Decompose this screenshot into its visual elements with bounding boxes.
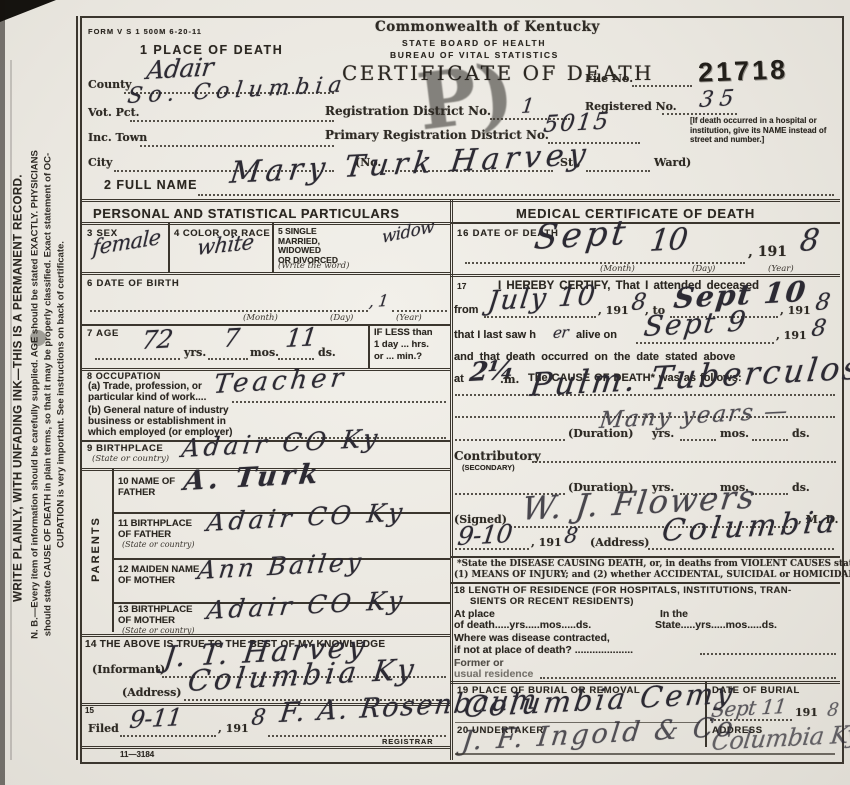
duration2-ds-label: ds.	[792, 481, 810, 494]
if-less-line2: 1 day ... hrs.	[374, 339, 433, 351]
age-label: 7 AGE	[87, 328, 119, 339]
dod-year-note: (Year)	[768, 264, 794, 274]
mbp-label-line2: OF MOTHER	[118, 616, 192, 627]
cell-divider	[368, 324, 370, 368]
filed-year-value: 8	[250, 705, 267, 731]
saw-year-pre: , 191	[776, 329, 807, 342]
sign-address-label: (Address)	[590, 536, 650, 549]
rule	[455, 753, 835, 755]
dotted-line	[532, 460, 836, 463]
rule	[450, 222, 840, 224]
inc-town-label: Inc. Town	[88, 131, 147, 144]
of-death-line: of death.....yrs.....mos.....ds.	[454, 619, 591, 631]
item-15: 15	[85, 706, 94, 715]
occupation-label: 8 OCCUPATION	[87, 371, 161, 381]
burial-year-pre: 191	[795, 706, 818, 719]
scan-edge-artifact	[0, 0, 5, 785]
margin-nb-line2: should state CAUSE OF DEATH in plain ter…	[42, 50, 55, 740]
rule	[80, 746, 450, 749]
reg-district-label: Registration District No.	[325, 104, 491, 118]
mother-label-line1: 12 MAIDEN NAME	[118, 564, 199, 575]
rule	[450, 582, 840, 584]
form-border-inner	[76, 16, 78, 760]
duration-label: (Duration)	[568, 427, 633, 440]
cell-divider	[272, 222, 274, 272]
father-birthplace-note: (State or country)	[122, 540, 195, 549]
filed-label: Filed	[88, 722, 119, 735]
dod-day-note: (Day)	[692, 264, 715, 274]
dotted-line	[455, 438, 565, 441]
parents-label: PARENTS	[90, 509, 102, 589]
dotted-line	[752, 492, 788, 495]
dob-label: 6 DATE OF BIRTH	[87, 278, 180, 289]
at-label: at	[454, 373, 464, 385]
mbp-label-line1: 13 BIRTHPLACE	[118, 605, 192, 616]
dotted-line	[208, 357, 248, 360]
dotted-line	[90, 309, 368, 312]
to-year-pre: , 191	[780, 304, 811, 317]
dotted-line	[648, 547, 834, 550]
dotted-line	[484, 315, 596, 318]
rule	[80, 324, 450, 326]
marital-note: (Write the word)	[278, 261, 349, 271]
father-name-label: 10 NAME OF FATHER	[118, 476, 175, 498]
rule	[80, 199, 840, 202]
saw-fill-value: er	[552, 323, 569, 342]
mother-name-label: 12 MAIDEN NAME OF MOTHER	[118, 564, 199, 586]
mother-birthplace-label: 13 BIRTHPLACE OF MOTHER	[118, 605, 192, 626]
dotted-line	[586, 169, 650, 172]
alive-on-label: alive on	[576, 329, 617, 341]
full-name-label: 2 FULL NAME	[104, 178, 197, 192]
dod-month-note: (Month)	[600, 264, 635, 274]
footnote-line1: *State the DISEASE CAUSING DEATH, or, in…	[457, 559, 850, 569]
state-line: State.....yrs.....mos.....ds.	[655, 619, 777, 631]
plate-number: 11—3184	[120, 750, 154, 759]
footnote-line2: (1) MEANS OF INJURY; and (2) whether ACC…	[454, 570, 850, 580]
occupation-a-line1: (a) Trade, profession, or	[88, 381, 202, 392]
dotted-line	[95, 357, 180, 360]
dotted-line	[680, 438, 716, 441]
form-number: FORM V S 1 500M 6-20-11	[88, 27, 202, 36]
mother-label-line2: OF MOTHER	[118, 575, 199, 586]
dob-month-note: (Month)	[243, 313, 278, 323]
cell-divider	[168, 222, 170, 272]
saw-date-value: Sept 9	[642, 304, 750, 343]
rule	[80, 272, 450, 275]
dob-fill: , 1	[368, 291, 389, 311]
ward-label: Ward)	[654, 156, 691, 169]
from-date-value: July 10	[486, 280, 599, 317]
margin-nb-line1: N. B.—Every item of information should b…	[29, 50, 42, 740]
dod-month-value: Sept	[532, 213, 632, 258]
dotted-line	[392, 309, 447, 312]
file-no-value: 21718	[697, 54, 788, 88]
scan-corner-artifact	[0, 0, 56, 22]
dod-year-value: 8	[798, 223, 821, 259]
personal-section-title: PERSONAL AND STATISTICAL PARTICULARS	[93, 206, 400, 221]
registrar-label: REGISTRAR	[382, 737, 433, 746]
dob-day-note: (Day)	[330, 313, 353, 323]
duration-ds-label: ds.	[792, 427, 810, 440]
dotted-line	[632, 84, 692, 87]
mos-label: mos.	[250, 346, 279, 359]
informant-label: (Informant)	[92, 663, 165, 676]
father-birthplace-label: 11 BIRTHPLACE OF FATHER	[118, 518, 192, 540]
secondary-label: (SECONDARY)	[462, 463, 515, 472]
rule	[450, 556, 840, 558]
father-label-line1: 10 NAME OF	[118, 476, 175, 487]
primary-reg-value: 5015	[542, 108, 612, 138]
dotted-line	[130, 119, 334, 122]
dotted-line	[700, 652, 836, 655]
age-days: 11	[284, 322, 318, 353]
dotted-line	[278, 357, 314, 360]
age-years: 72	[140, 324, 174, 355]
from-label: from	[454, 304, 478, 316]
if-less-line1: IF LESS than	[374, 327, 433, 339]
city-label: City	[88, 156, 112, 169]
yrs-label: yrs.	[184, 346, 206, 359]
informant-address-label: (Address)	[122, 686, 182, 699]
dob-year-note: (Year)	[396, 313, 422, 323]
dod-day-value: 10	[648, 222, 689, 259]
dotted-line	[752, 438, 788, 441]
if-less-line3: or ... min.?	[374, 351, 433, 363]
dotted-line	[120, 734, 216, 737]
fbp-label-line1: 11 BIRTHPLACE	[118, 518, 192, 529]
occupation-b-line1: (b) General nature of industry	[88, 405, 229, 416]
county-label: County	[88, 78, 132, 91]
father-label-line2: FATHER	[118, 487, 175, 498]
from-year-pre: , 191	[598, 304, 629, 317]
saw-label: that I last saw h	[454, 329, 536, 341]
residence-label-line2: SIENTS OR RECENT RESIDENTS)	[470, 596, 634, 607]
sign-year-pre: , 191	[531, 536, 562, 549]
column-divider	[450, 199, 453, 760]
commonwealth-title: Commonwealth of Kentucky	[375, 19, 600, 35]
contracted-line2: if not at place of death? ..............…	[454, 644, 633, 656]
residence-label-line1: 18 LENGTH OF RESIDENCE (FOR HOSPITALS, I…	[454, 585, 792, 596]
ds-label: ds.	[318, 346, 336, 359]
if-less-label: IF LESS than 1 day ... hrs. or ... min.?	[374, 327, 433, 363]
fbp-label-line2: OF FATHER	[118, 529, 192, 540]
margin-note-bold: WRITE PLAINLY, WITH UNFADING INK—THIS IS…	[13, 16, 25, 761]
hospital-note: [If death occurred in a hospital or inst…	[690, 116, 838, 145]
birthplace-label: 9 BIRTHPLACE	[87, 443, 163, 454]
dotted-line	[140, 144, 334, 147]
marital-label: 5 SINGLE MARRIED, WIDOWED OR DIVORCED	[278, 227, 338, 265]
occupation-a-line2: particular kind of work....	[88, 392, 206, 403]
registered-no-value: 3 5	[698, 86, 735, 113]
birthplace-note: (State or country)	[92, 454, 169, 464]
dod-year-pre: , 191	[748, 244, 787, 260]
filed-date-value: 9-11	[128, 703, 183, 734]
duration-mos-label: mos.	[720, 427, 749, 440]
filed-year-pre: , 191	[218, 722, 249, 735]
contracted-line1: Where was disease contracted,	[454, 632, 610, 644]
margin-nb-line3: CUPATION is very important. See instruct…	[55, 50, 68, 740]
occupation-b-line2: business or establishment in	[88, 416, 226, 427]
dotted-line	[198, 193, 834, 196]
contributory-label: Contributory	[454, 449, 541, 463]
duration-yrs-label: yrs.	[652, 427, 674, 440]
file-no-label: File No.	[585, 72, 633, 85]
death-certificate-scan: WRITE PLAINLY, WITH UNFADING INK—THIS IS…	[0, 0, 850, 785]
former-line2: usual residence	[454, 668, 533, 680]
dotted-line	[455, 547, 529, 550]
dotted-line	[232, 400, 446, 403]
parents-divider	[112, 468, 114, 632]
dotted-line	[636, 341, 774, 344]
margin-note-nb: N. B.—Every item of information should b…	[29, 50, 68, 740]
m-label: .m.	[500, 373, 519, 386]
item-17: 17	[457, 281, 466, 291]
state-board-label: STATE BOARD OF HEALTH	[402, 38, 546, 48]
